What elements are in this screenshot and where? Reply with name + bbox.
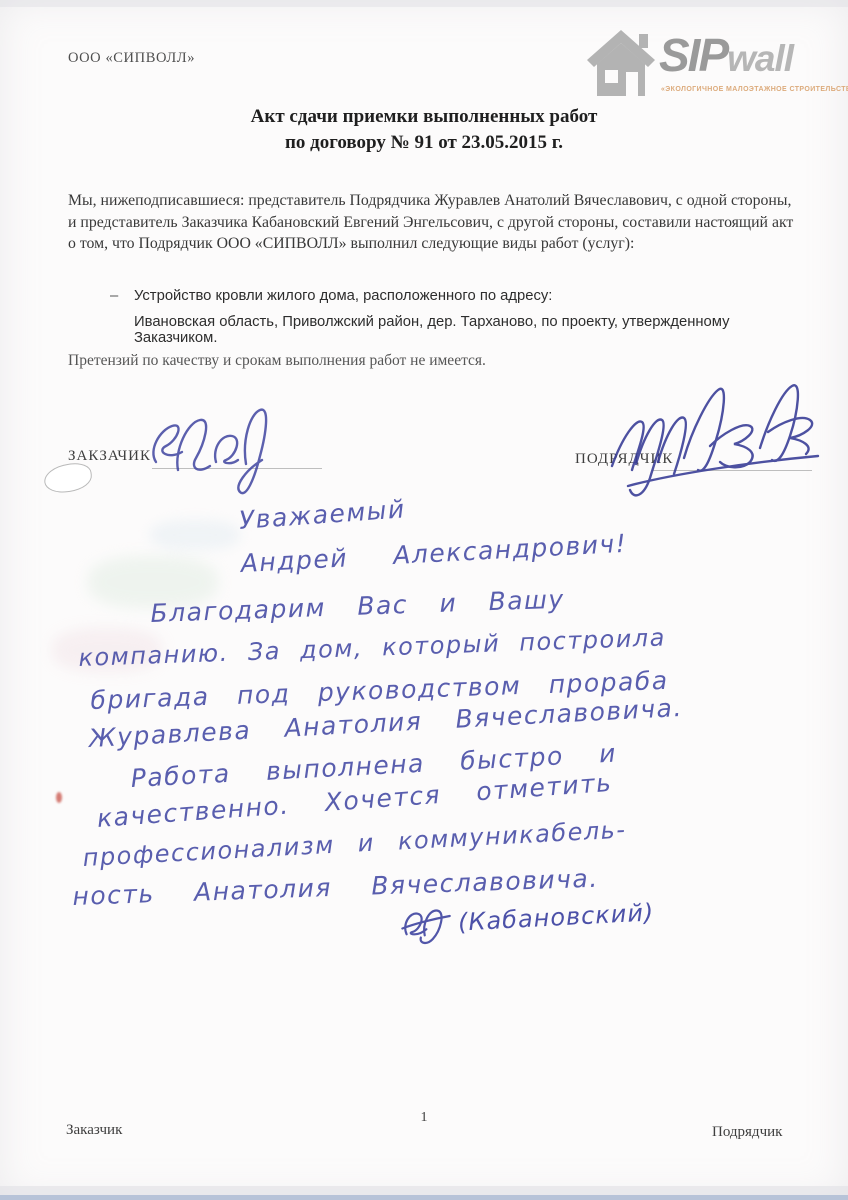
work-item-text: Устройство кровли жилого дома, расположе… [134, 288, 552, 304]
customer-signature-ink [138, 400, 338, 505]
company-name: ООО «СИПВОЛЛ» [68, 50, 195, 67]
work-item-line: –Устройство кровли жилого дома, располож… [110, 288, 790, 304]
note-signature-name: (Кабановский) [457, 898, 655, 936]
title-line-1: Акт сдачи приемки выполненных работ [0, 104, 848, 130]
claims-line: Претензий по качеству и срокам выполнени… [68, 352, 768, 370]
scanned-document-page: ООО «СИПВОЛЛ» SIPwall «ЭКОЛОГИЧНОЕ МАЛОЭ… [0, 0, 848, 1200]
handwritten-line: компанию. За дом, который построила [78, 623, 666, 671]
logo-sip-text: SIP [659, 29, 727, 81]
handwritten-line: Андрей Александрович! [240, 529, 628, 578]
logo-wall-text: wall [727, 38, 793, 79]
title-line-2: по договору № 91 от 23.05.2015 г. [0, 130, 848, 156]
footer-customer: Заказчик [66, 1122, 122, 1139]
work-address-line: Ивановская область, Приволжский район, д… [134, 314, 814, 346]
scan-edge-band [0, 1186, 848, 1195]
body-paragraph: Мы, нижеподписавшиеся: представитель Под… [68, 190, 794, 255]
note-signature-row: (Кабановский) [397, 891, 655, 946]
scan-edge-line [0, 1195, 848, 1200]
house-icon [585, 26, 657, 100]
paper-speck [56, 792, 62, 803]
paper-blemish [42, 461, 93, 495]
scan-edge-shadow [0, 0, 848, 7]
note-signature-ink [397, 902, 455, 947]
logo-wordmark: SIPwall [659, 28, 793, 82]
contractor-signature-ink [592, 378, 832, 503]
logo-tagline: «ЭКОЛОГИЧНОЕ МАЛОЭТАЖНОЕ СТРОИТЕЛЬСТВО» [661, 86, 829, 93]
sipwall-logo: SIPwall «ЭКОЛОГИЧНОЕ МАЛОЭТАЖНОЕ СТРОИТЕ… [585, 20, 830, 108]
list-dash: – [110, 288, 134, 304]
scan-smudge [150, 520, 240, 550]
footer-contractor: Подрядчик [712, 1124, 782, 1141]
document-title: Акт сдачи приемки выполненных работ по д… [0, 104, 848, 156]
